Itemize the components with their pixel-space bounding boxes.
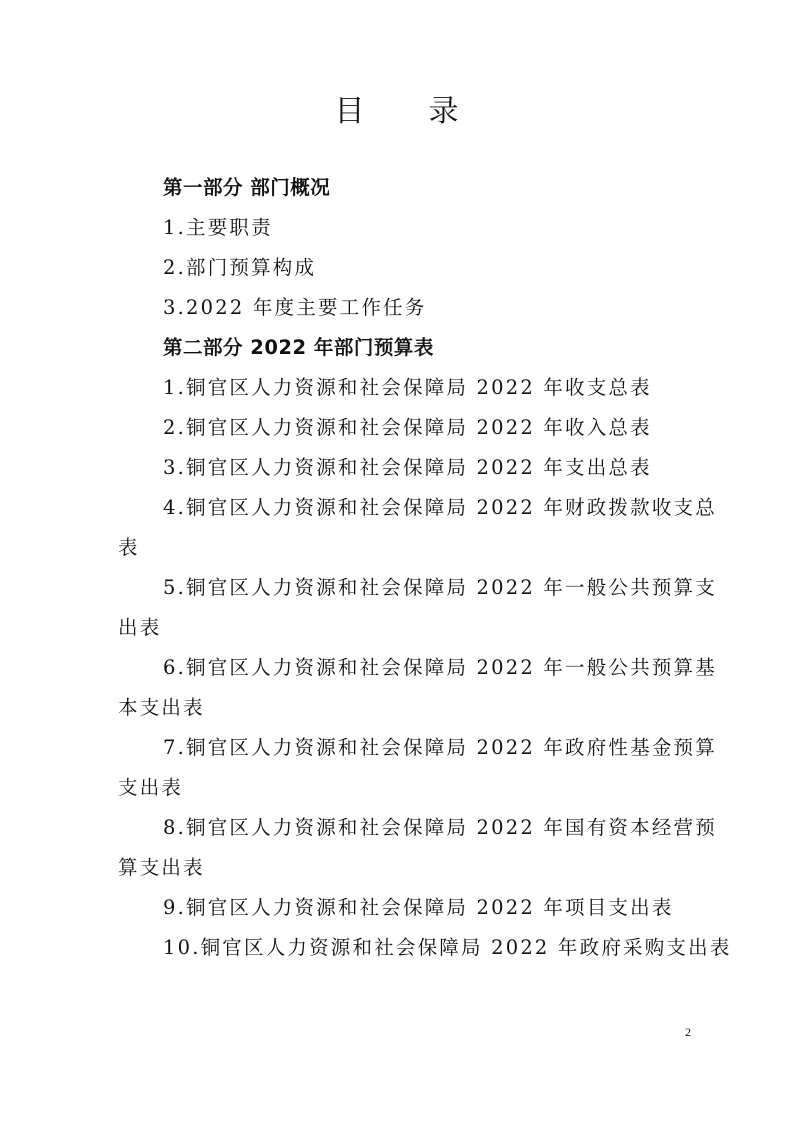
page-title: 目录 bbox=[0, 92, 793, 132]
toc-item-continuation: 本支出表 bbox=[118, 688, 698, 728]
title-char-1: 目 bbox=[335, 92, 365, 132]
toc-item: 1.主要职责 bbox=[118, 208, 698, 248]
toc-item: 2.部门预算构成 bbox=[118, 248, 698, 288]
toc-item: 4.铜官区人力资源和社会保障局 2022 年财政拨款收支总 bbox=[118, 488, 698, 528]
toc-item-continuation: 支出表 bbox=[118, 768, 698, 808]
part1-heading: 第一部分 部门概况 bbox=[118, 168, 698, 208]
toc-item-continuation: 表 bbox=[118, 528, 698, 568]
toc-item-continuation: 出表 bbox=[118, 608, 698, 648]
toc-item: 1.铜官区人力资源和社会保障局 2022 年收支总表 bbox=[118, 368, 698, 408]
toc-item: 9.铜官区人力资源和社会保障局 2022 年项目支出表 bbox=[118, 888, 698, 928]
toc-item: 10.铜官区人力资源和社会保障局 2022 年政府采购支出表 bbox=[118, 928, 698, 968]
toc-item: 5.铜官区人力资源和社会保障局 2022 年一般公共预算支 bbox=[118, 568, 698, 608]
page-number: 2 bbox=[685, 1025, 691, 1040]
toc-item: 2.铜官区人力资源和社会保障局 2022 年收入总表 bbox=[118, 408, 698, 448]
table-of-contents: 第一部分 部门概况 1.主要职责 2.部门预算构成 3.2022 年度主要工作任… bbox=[118, 168, 698, 968]
toc-item-continuation: 算支出表 bbox=[118, 848, 698, 888]
toc-item: 3.铜官区人力资源和社会保障局 2022 年支出总表 bbox=[118, 448, 698, 488]
toc-item: 8.铜官区人力资源和社会保障局 2022 年国有资本经营预 bbox=[118, 808, 698, 848]
toc-item: 3.2022 年度主要工作任务 bbox=[118, 288, 698, 328]
title-char-2: 录 bbox=[429, 92, 459, 132]
toc-item: 6.铜官区人力资源和社会保障局 2022 年一般公共预算基 bbox=[118, 648, 698, 688]
part2-heading: 第二部分 2022 年部门预算表 bbox=[118, 328, 698, 368]
toc-item: 7.铜官区人力资源和社会保障局 2022 年政府性基金预算 bbox=[118, 728, 698, 768]
